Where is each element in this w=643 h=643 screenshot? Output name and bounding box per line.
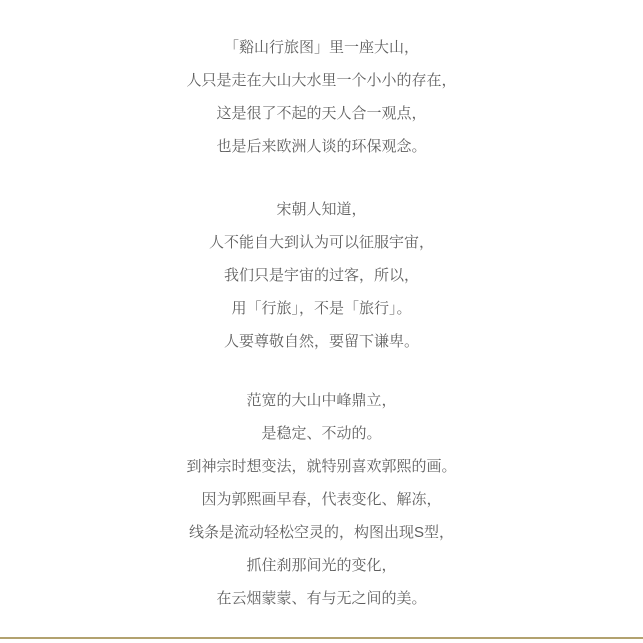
text-line: 抓住刹那间光的变化，	[0, 549, 643, 582]
text-line: 在云烟蒙蒙、有与无之间的美。	[0, 582, 643, 615]
text-line: 「谿山行旅图」里一座大山，	[0, 31, 643, 64]
text-line: 宋朝人知道，	[0, 193, 643, 226]
text-line: 人只是走在大山大水里一个小小的存在，	[0, 64, 643, 97]
paragraph-1: 「谿山行旅图」里一座大山， 人只是走在大山大水里一个小小的存在， 这是很了不起的…	[0, 31, 643, 163]
article-page: 「谿山行旅图」里一座大山， 人只是走在大山大水里一个小小的存在， 这是很了不起的…	[0, 0, 643, 643]
text-line: 范宽的大山中峰鼎立，	[0, 384, 643, 417]
article-text: 「谿山行旅图」里一座大山， 人只是走在大山大水里一个小小的存在， 这是很了不起的…	[0, 31, 643, 615]
text-line: 是稳定、不动的。	[0, 417, 643, 450]
text-line: 用「行旅」，不是「旅行」。	[0, 292, 643, 325]
text-line: 人不能自大到认为可以征服宇宙，	[0, 226, 643, 259]
text-line: 线条是流动轻松空灵的，构图出现S型，	[0, 516, 643, 549]
text-line: 这是很了不起的天人合一观点，	[0, 97, 643, 130]
paragraph-2: 宋朝人知道， 人不能自大到认为可以征服宇宙， 我们只是宇宙的过客，所以， 用「行…	[0, 193, 643, 358]
text-line: 因为郭熙画早春，代表变化、解冻，	[0, 483, 643, 516]
bottom-divider	[0, 637, 643, 639]
text-line: 我们只是宇宙的过客，所以，	[0, 259, 643, 292]
text-line: 也是后来欧洲人谈的环保观念。	[0, 130, 643, 163]
text-line: 人要尊敬自然，要留下谦卑。	[0, 325, 643, 358]
paragraph-3: 范宽的大山中峰鼎立， 是稳定、不动的。 到神宗时想变法，就特别喜欢郭熙的画。 因…	[0, 384, 643, 615]
text-line: 到神宗时想变法，就特别喜欢郭熙的画。	[0, 450, 643, 483]
